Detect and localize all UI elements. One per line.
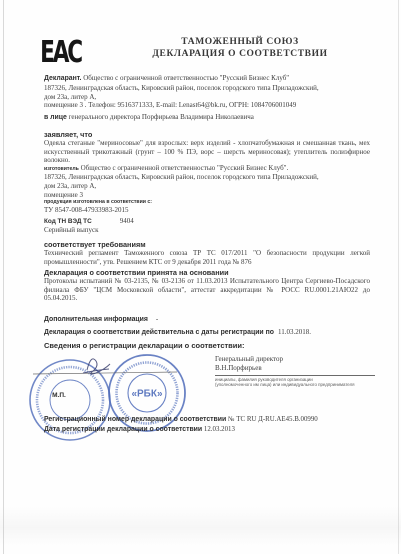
validity-line: Декларация о соответствии действительна … xyxy=(44,321,370,339)
compliance-block: соответствует требованиям Технический ре… xyxy=(44,240,370,266)
representative-line: в лице генерального директора Порфирьева… xyxy=(44,113,370,123)
representative-text: генерального директора Порфирьева Владим… xyxy=(69,113,254,121)
statement-label: заявляет, что xyxy=(44,130,370,139)
reg-date-label: Дата регистрации декларации о соответств… xyxy=(44,426,202,433)
declarant-block: Декларант. Общество с ограниченной ответ… xyxy=(44,74,370,110)
product-description: Одеяла стеганые "мериносовые" для взросл… xyxy=(44,139,370,165)
issue-type-line: Серийный выпуск xyxy=(44,226,370,235)
statement-block: заявляет, что Одеяла стеганые "мериносов… xyxy=(44,130,370,165)
scan-edge-right xyxy=(398,0,399,554)
manufacturer-label: изготовитель xyxy=(44,166,79,172)
title-line-declaration: ДЕКЛАРАЦИЯ О СООТВЕТСТВИИ xyxy=(105,48,375,60)
compliance-text: Технический регламент Таможенного союза … xyxy=(44,249,370,266)
declarant-address-line2: дом 23а, литер А, xyxy=(44,93,370,102)
reg-date-value: 12.03.2013 xyxy=(204,426,235,433)
manufacturer-address-line1: 187326, Ленинградская область, Кировский… xyxy=(44,173,370,182)
tnved-label: Код ТН ВЭД ТС xyxy=(44,218,92,225)
validity-label: Декларация о соответствии действительна … xyxy=(44,329,274,336)
tu-number-line: ТУ 8547-008-47933983-2015 xyxy=(44,206,370,215)
document-title: ТАМОЖЕННЫЙ СОЮЗ ДЕКЛАРАЦИЯ О СООТВЕТСТВИ… xyxy=(105,36,375,60)
manufacturer-address-line2: дом 23а, литер А, xyxy=(44,182,370,191)
title-line-customs-union: ТАМОЖЕННЫЙ СОЮЗ xyxy=(105,36,375,48)
basis-text: Протоколы испытаний № 03-2135, № 03-2136… xyxy=(44,277,370,303)
stamp-center-text: «РБК» xyxy=(131,389,163,400)
reg-number-label: Регистрационный номер декларации о соотв… xyxy=(44,416,226,423)
reg-number-value: № ТС RU Д-RU.АЕ45.В.00990 xyxy=(228,416,318,423)
registration-number-line: Регистрационный номер декларации о соотв… xyxy=(44,415,370,435)
basis-label: Декларация о соответствии принята на осн… xyxy=(44,268,370,277)
validity-date: 11.03.2018. xyxy=(278,328,311,336)
representative-label: в лице xyxy=(44,114,67,121)
signature-line-left xyxy=(33,372,177,374)
scan-edge-left xyxy=(3,0,4,554)
manufacturer-line: изготовитель Общество с ограниченной отв… xyxy=(44,164,370,174)
signatory-block: Генеральный директор В.Н.Порфирьев иници… xyxy=(215,355,375,388)
signature-squiggle xyxy=(83,359,110,374)
declaration-document-page: ЕАС ТАМОЖЕННЫЙ СОЮЗ ДЕКЛАРАЦИЯ О СООТВЕТ… xyxy=(0,0,401,554)
declarant-name-line: Декларант. Общество с ограниченной ответ… xyxy=(44,74,370,84)
manufacturer-name: Общество с ограниченной ответственностью… xyxy=(81,164,289,172)
declarant-address-line1: 187326, Ленинградская область, Кировский… xyxy=(44,84,370,93)
made-according-label: продукция изготовлена в соответствии с: xyxy=(44,199,370,205)
declarant-name: Общество с ограниченной ответственностью… xyxy=(83,74,289,82)
declarant-address-line3: помещение 3 . Телефон: 9516371333, E-mai… xyxy=(44,101,370,110)
declarant-label: Декларант. xyxy=(44,75,81,82)
basis-block: Декларация о соответствии принята на осн… xyxy=(44,268,370,303)
scan-bottom-shadow xyxy=(0,506,401,546)
tnved-line: Код ТН ВЭД ТС9404 xyxy=(44,217,370,225)
tnved-code: 9404 xyxy=(120,217,134,225)
signatory-name: В.Н.Порфирьев xyxy=(215,364,375,376)
signatory-caption-line2: (уполномоченного им лица) или индивидуал… xyxy=(215,382,375,387)
eac-logo-text: ЕАС xyxy=(40,35,81,70)
signatory-caption: инициалы, фамилия руководителя организац… xyxy=(215,377,375,388)
manufacturer-block: изготовитель Общество с ограниченной отв… xyxy=(44,164,370,200)
signatory-title: Генеральный директор xyxy=(215,355,375,364)
eac-logo: ЕАС xyxy=(44,32,77,72)
stamp-place-mark: М.П. xyxy=(52,392,66,399)
compliance-label: соответствует требованиям xyxy=(44,240,370,249)
